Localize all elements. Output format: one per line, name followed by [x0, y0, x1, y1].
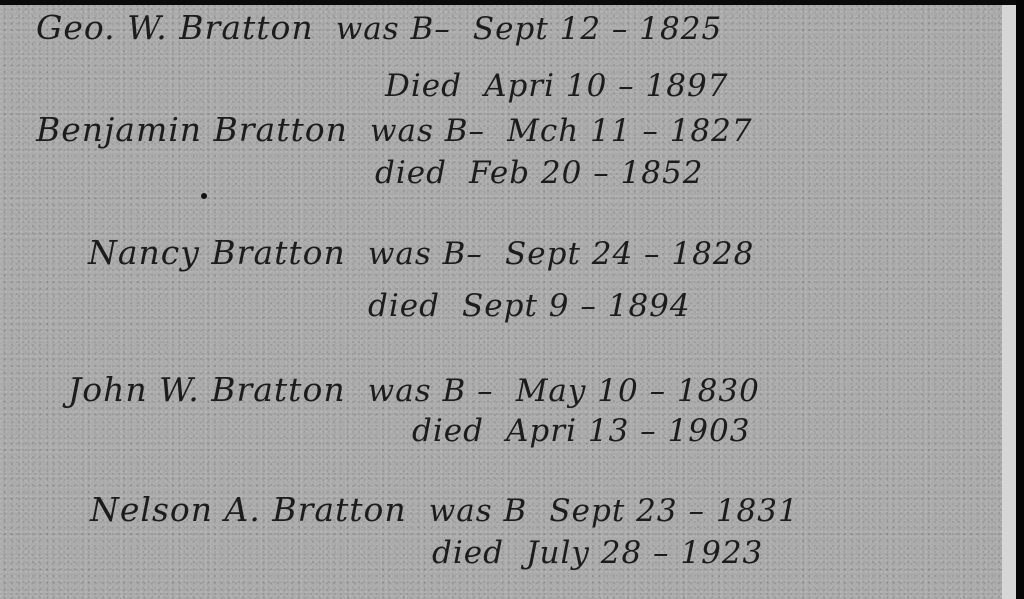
entry-5-death-line: died July 28 – 1923 [432, 535, 779, 571]
entry-1-death-line: Died Apri 10 – 1897 [385, 68, 744, 104]
entry-5-birth-line: Nelson A. Bratton was B Sept 23 – 1831 [90, 490, 815, 529]
born-label: was B – [368, 373, 494, 409]
died-label: died [412, 413, 484, 449]
death-date: Apri 10 – 1897 [484, 68, 728, 104]
entry-name: Benjamin Bratton [36, 110, 348, 149]
death-date: Feb 20 – 1852 [469, 155, 703, 191]
died-label: died [432, 535, 504, 571]
entry-4-birth-line: John W. Bratton was B – May 10 – 1830 [68, 370, 776, 409]
death-date: Sept 9 – 1894 [462, 288, 691, 324]
entry-1-birth-line: Geo. W. Bratton was B– Sept 12 – 1825 [36, 8, 738, 47]
born-label: was B– [336, 11, 451, 47]
entry-2-birth-line: Benjamin Bratton was B– Mch 11 – 1827 [36, 110, 769, 149]
scanned-document: Geo. W. Bratton was B– Sept 12 – 1825 Di… [0, 0, 1024, 599]
entry-name: John W. Bratton [68, 370, 346, 409]
died-label: died [375, 155, 447, 191]
birth-date: Sept 12 – 1825 [473, 11, 722, 47]
page-edge-strip [1002, 5, 1016, 599]
born-label: was B [429, 493, 528, 529]
birth-date: Sept 24 – 1828 [505, 236, 754, 272]
ink-spot [201, 193, 207, 199]
death-date: Apri 13 – 1903 [506, 413, 750, 449]
scan-right-border [1016, 0, 1024, 599]
death-date: July 28 – 1923 [526, 535, 763, 571]
entry-4-death-line: died Apri 13 – 1903 [412, 413, 766, 449]
died-label: died [368, 288, 440, 324]
entry-name: Geo. W. Bratton [36, 8, 314, 47]
entry-3-birth-line: Nancy Bratton was B– Sept 24 – 1828 [88, 233, 770, 272]
entry-3-death-line: died Sept 9 – 1894 [368, 288, 707, 324]
entry-name: Nancy Bratton [88, 233, 346, 272]
birth-date: Sept 23 – 1831 [549, 493, 798, 529]
entry-name: Nelson A. Bratton [90, 490, 407, 529]
born-label: was B– [368, 236, 483, 272]
born-label: was B– [370, 113, 485, 149]
entry-2-death-line: died Feb 20 – 1852 [375, 155, 719, 191]
birth-date: May 10 – 1830 [516, 373, 760, 409]
birth-date: Mch 11 – 1827 [507, 113, 752, 149]
died-label: Died [385, 68, 462, 104]
